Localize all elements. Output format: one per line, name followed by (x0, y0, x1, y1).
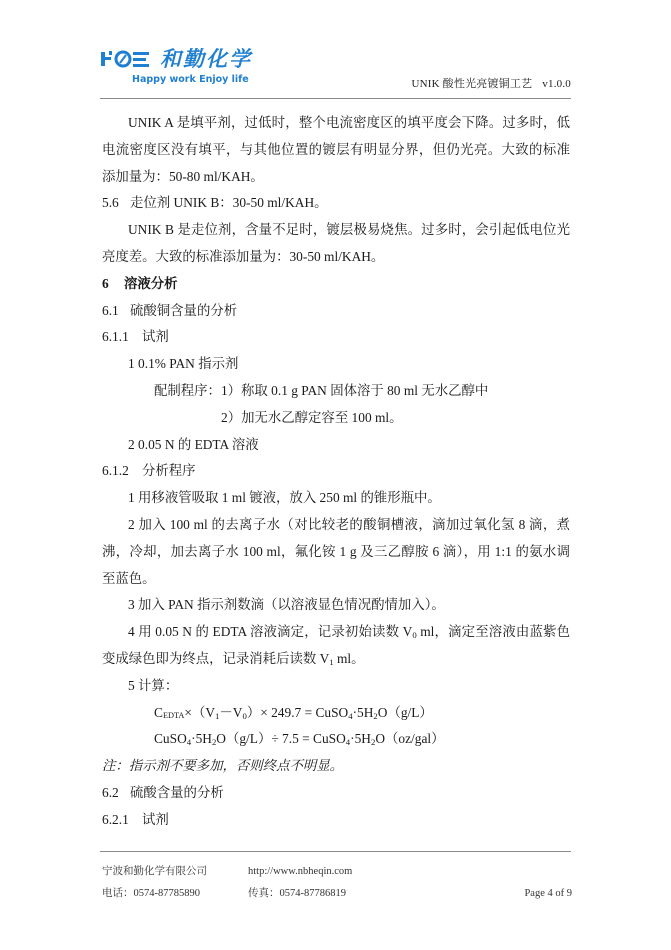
procedure-step-2: 2 加入 100 ml 的去离子水（对比较老的酸铜槽液，滴加过氧化氢 8 滴，煮… (102, 512, 570, 592)
section-6-2-heading: 6.2硫酸含量的分析 (102, 780, 570, 807)
logo-mark-icon (100, 48, 156, 70)
footer-phone: 电话：0574-87785890 (102, 884, 200, 903)
footer-website-link[interactable]: http://www.nbheqin.com (248, 862, 352, 881)
section-title: 试剂 (142, 329, 169, 344)
section-title: 分析程序 (142, 463, 196, 478)
formula-text: ·5H (350, 731, 371, 746)
formula-text: C (154, 705, 163, 720)
step-4-text: ml。 (334, 651, 365, 666)
step-4-text: 4 用 0.05 N 的 EDTA 溶液滴定，记录初始读数 V (128, 624, 412, 639)
page-number: Page 4 of 9 (524, 884, 572, 903)
section-number: 6.2 (102, 780, 130, 807)
reagent-item-1: 1 0.1% PAN 指示剂 (102, 351, 570, 378)
doc-title: UNIK 酸性光亮镀铜工艺 (411, 78, 532, 90)
prep-step-2: 2）加无水乙醇定容至 100 ml。 (102, 405, 570, 432)
formula-1: CEDTA×（V1－V0）× 249.7 = CuSO4·5H2O（g/L） (102, 700, 570, 727)
section-number: 6.1 (102, 298, 130, 325)
formula-text: ·5H (191, 731, 212, 746)
footer-divider (100, 851, 571, 852)
section-number: 6.1.1 (102, 324, 142, 351)
section-6-heading: 6溶液分析 (102, 271, 570, 298)
section-5-6-heading: 5.6走位剂 UNIK B：30-50 ml/KAH。 (102, 190, 570, 217)
formula-text: －V (219, 705, 242, 720)
footer-row-2: 电话：0574-87785890 传真：0574-87786819 Page 4… (102, 884, 572, 906)
procedure-step-3: 3 加入 PAN 指示剂数滴（以溶液显色情况酌情加入）。 (102, 592, 570, 619)
document-page: 和勤化学 Happy work Enjoy life UNIK 酸性光亮镀铜工艺… (0, 0, 671, 950)
footer-row-1: 宁波和勤化学有限公司 http://www.nbheqin.com (102, 862, 572, 884)
formula-text: ·5H (353, 705, 374, 720)
note-text: 注：指示剂不要多加，否则终点不明显。 (102, 753, 570, 780)
formula-text: O（oz/gal） (375, 731, 444, 746)
formula-text: ）× 249.7 = CuSO (247, 705, 348, 720)
section-6-1-1-heading: 6.1.1试剂 (102, 324, 570, 351)
paragraph-unik-b: UNIK B 是走位剂，含量不足时，镀层极易烧焦。过多时，会引起低电位光亮度差。… (102, 217, 570, 271)
reagent-item-2: 2 0.05 N 的 EDTA 溶液 (102, 432, 570, 459)
doc-version: v1.0.0 (542, 78, 571, 90)
formula-2: CuSO4·5H2O（g/L）÷ 7.5 = CuSO4·5H2O（oz/gal… (102, 726, 570, 753)
section-title: 溶液分析 (124, 276, 178, 291)
company-logo: 和勤化学 Happy work Enjoy life (100, 46, 260, 92)
section-title: 硫酸含量的分析 (130, 785, 224, 800)
procedure-step-4: 4 用 0.05 N 的 EDTA 溶液滴定，记录初始读数 V0 ml，滴定至溶… (102, 619, 570, 673)
footer-fax: 传真：0574-87786819 (248, 884, 346, 903)
section-6-2-1-heading: 6.2.1试剂 (102, 807, 570, 834)
section-number: 6 (102, 271, 124, 298)
section-title: 试剂 (142, 812, 169, 827)
logo-slogan: Happy work Enjoy life (132, 74, 249, 86)
document-header-title: UNIK 酸性光亮镀铜工艺v1.0.0 (411, 75, 571, 91)
prep-step-1: 配制程序：1）称取 0.1 g PAN 固体溶于 80 ml 无水乙醇中 (102, 378, 570, 405)
section-number: 6.2.1 (102, 807, 142, 834)
procedure-step-1: 1 用移液管吸取 1 ml 镀液，放入 250 ml 的锥形瓶中。 (102, 485, 570, 512)
logo-chinese-name: 和勤化学 (160, 46, 252, 72)
section-number: 5.6 (102, 190, 130, 217)
header-divider (100, 98, 571, 99)
paragraph-unik-a: UNIK A 是填平剂，过低时，整个电流密度区的填平度会下降。过多时，低电流密度… (102, 110, 570, 190)
procedure-step-5: 5 计算： (102, 673, 570, 700)
formula-text: ×（V (184, 705, 215, 720)
document-body: UNIK A 是填平剂，过低时，整个电流密度区的填平度会下降。过多时，低电流密度… (102, 110, 570, 834)
formula-text: O（g/L）÷ 7.5 = CuSO (216, 731, 345, 746)
subscript: EDTA (163, 711, 184, 720)
section-6-1-heading: 6.1硫酸铜含量的分析 (102, 298, 570, 325)
section-6-1-2-heading: 6.1.2分析程序 (102, 458, 570, 485)
formula-text: CuSO (154, 731, 187, 746)
document-footer: 宁波和勤化学有限公司 http://www.nbheqin.com 电话：057… (102, 862, 572, 906)
section-number: 6.1.2 (102, 458, 142, 485)
formula-text: O（g/L） (378, 705, 433, 720)
footer-company: 宁波和勤化学有限公司 (102, 862, 207, 881)
section-title: 走位剂 UNIK B：30-50 ml/KAH。 (130, 195, 328, 210)
section-title: 硫酸铜含量的分析 (130, 303, 237, 318)
